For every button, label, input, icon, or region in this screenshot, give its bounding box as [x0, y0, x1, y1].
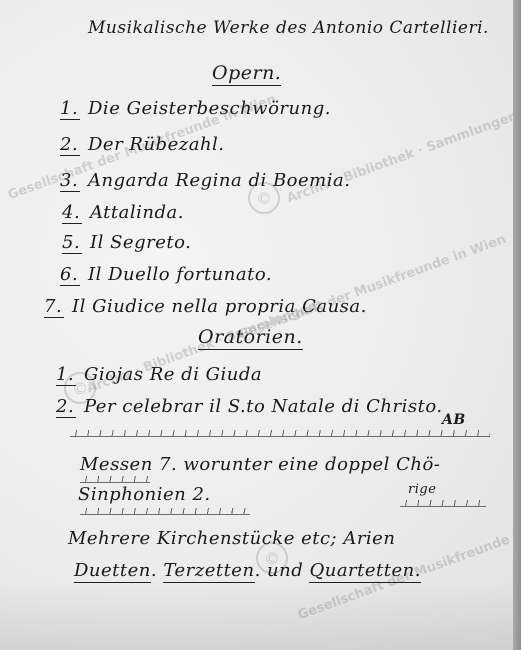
item-number: 2.: [56, 398, 76, 418]
item-number: 5.: [62, 234, 82, 254]
terzetten-label: Terzetten: [163, 560, 254, 583]
item-number: 3.: [60, 172, 80, 192]
list-item: 7.Il Giudice nella propria Causa.: [44, 296, 367, 318]
section-heading-opern: Opern.: [212, 62, 281, 86]
item-title: Per celebrar il S.to Natale di Christo.: [84, 396, 443, 417]
underline-wavy: [80, 508, 250, 515]
list-item: 1.Giojas Re di Giuda: [56, 364, 262, 386]
item-title: Il Segreto.: [90, 232, 191, 253]
item-number: 2.: [60, 136, 80, 156]
item-number: 1.: [60, 100, 80, 120]
divider-line: [70, 430, 490, 437]
item-title: Attalinda.: [90, 202, 184, 223]
manuscript-page: Gesellschaft der Musikfreunde in Wien Ar…: [0, 0, 521, 650]
und-label: und: [267, 560, 303, 581]
list-item: 3.Angarda Regina di Boemia.: [60, 170, 350, 192]
underline-wavy: [80, 476, 150, 483]
ensemble-line: Duetten. Terzetten. und Quartetten.: [74, 560, 421, 581]
kirchenstuecke-line: Mehrere Kirchenstücke etc; Arien: [68, 528, 395, 549]
item-title: Il Giudice nella propria Causa.: [72, 296, 367, 317]
item-title: Giojas Re di Giuda: [84, 364, 262, 385]
duetten-label: Duetten: [74, 560, 151, 583]
list-item: 2.Der Rübezahl.: [60, 134, 225, 156]
item-title: Il Duello fortunato.: [88, 264, 272, 285]
item-title: Die Geisterbeschwörung.: [88, 98, 331, 119]
item-number: 1.: [56, 366, 76, 386]
item-title: Der Rübezahl.: [88, 134, 225, 155]
document-title: Musikalische Werke des Antonio Cartellie…: [88, 18, 489, 38]
section-heading-oratorien: Oratorien.: [198, 326, 303, 350]
quartetten-label: Quartetten.: [309, 560, 421, 583]
item-number: 7.: [44, 298, 64, 318]
list-item: 2.Per celebrar il S.to Natale di Christo…: [56, 396, 443, 418]
item-title: Angarda Regina di Boemia.: [88, 170, 350, 191]
list-item: 1.Die Geisterbeschwörung.: [60, 98, 331, 120]
monogram-mark: AB: [442, 412, 466, 428]
item-number: 4.: [62, 204, 82, 224]
list-item: 6.Il Duello fortunato.: [60, 264, 272, 286]
underline-wavy: [400, 500, 486, 507]
sinphonien-line: Sinphonien 2.: [78, 484, 211, 505]
item-number: 6.: [60, 266, 80, 286]
list-item: 4.Attalinda.: [62, 202, 184, 224]
list-item: 5.Il Segreto.: [62, 232, 191, 254]
messen-line-continuation: rige: [408, 482, 436, 497]
messen-line: Messen 7. worunter eine doppel Chö-: [80, 454, 440, 475]
